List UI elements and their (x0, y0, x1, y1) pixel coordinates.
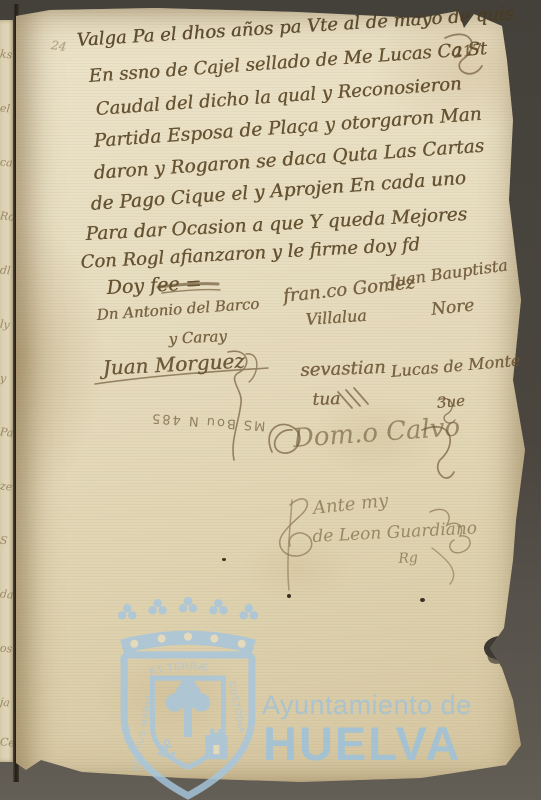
edge-fragment: ja (0, 696, 11, 710)
edge-fragment: S (0, 534, 8, 548)
edge-fragment: dl (0, 263, 11, 277)
signature-guardiano-rubric: Rg (398, 550, 418, 567)
margin-note: 24 (50, 38, 67, 54)
ink-speck (222, 558, 226, 561)
signature-sebastian: sevastian (300, 357, 386, 381)
svg-text:ET TERRÆ: ET TERRÆ (148, 661, 209, 678)
crest-motto-right: CUSTODIA (228, 681, 248, 734)
edge-fragment: el (0, 102, 11, 116)
crest-motto-top: ET TERRÆ (148, 661, 209, 678)
scanned-manuscript-photo: ks el ca Ro dl ly y Pa ze S da os ja Ce … (0, 0, 541, 800)
watermark-org-name: HUELVA (263, 716, 461, 771)
edge-fragment: Pa (0, 425, 14, 439)
edge-fragment: os (0, 641, 13, 655)
crown (118, 597, 258, 654)
paper-tear-hole (481, 632, 516, 662)
ink-speck (296, 6, 305, 12)
signature-sebastian-line2: tua (312, 389, 341, 410)
edge-fragment: ly (0, 318, 10, 332)
ink-speck (420, 598, 425, 602)
ink-speck (287, 594, 291, 598)
huelva-crest-icon: ⚓ ET TERRÆ PORTUS MARIS CUSTODIA (112, 597, 264, 800)
edge-fragment: ze (0, 479, 13, 493)
signature-antonio-line2: y Caray (168, 327, 227, 348)
edge-fragment: ks (0, 47, 13, 61)
edge-fragment: ca (0, 155, 13, 169)
crest-motto-left: PORTUS MARIS (130, 694, 153, 772)
signature-lucas-line2: 3ue (436, 392, 466, 412)
anchor-icon: ⚓ (156, 734, 178, 763)
edge-fragment: y (0, 372, 7, 386)
